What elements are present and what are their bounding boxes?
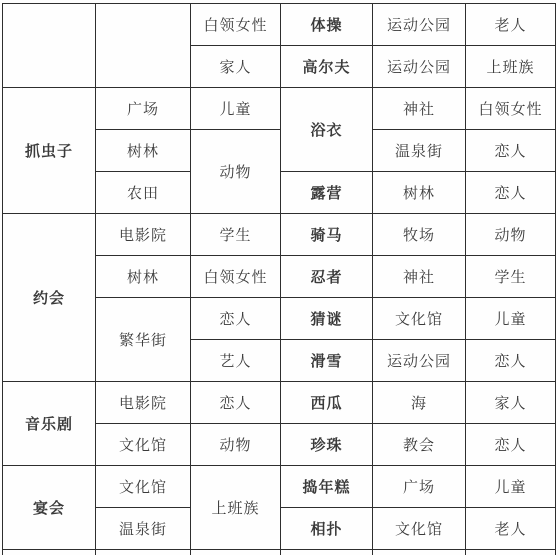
cell-location: 温泉街	[96, 508, 191, 550]
cell-companion: 白领女性	[466, 88, 556, 130]
table-row: 宴会 文化馆 上班族 捣年糕 广场 儿童	[3, 466, 556, 508]
cell-location: 海	[373, 382, 466, 424]
cell-location: 文化馆	[96, 424, 191, 466]
cell-activity	[281, 550, 373, 555]
activity-table: 白领女性 体操 运动公园 老人 家人 高尔夫 运动公园 上班族 抓虫子 广场 儿…	[2, 3, 556, 555]
cell-location	[373, 550, 466, 555]
cell-companion: 恋人	[191, 298, 281, 340]
cell-companion: 动物	[466, 214, 556, 256]
cell-location	[96, 4, 191, 88]
cell-activity: 高尔夫	[281, 46, 373, 88]
cell-category: 音乐剧	[3, 382, 96, 466]
table-row: 约会 电影院 学生 骑马 牧场 动物	[3, 214, 556, 256]
cell-companion: 老人	[466, 508, 556, 550]
cell-activity: 珍珠	[281, 424, 373, 466]
cell-companion: 恋人	[466, 424, 556, 466]
table-row: 音乐剧 电影院 恋人 西瓜 海 家人	[3, 382, 556, 424]
cell-location: 教会	[373, 424, 466, 466]
cell-companion: 恋人	[466, 130, 556, 172]
cell-location: 树林	[96, 130, 191, 172]
cell-companion: 上班族	[191, 466, 281, 550]
cell-location: 牧场	[373, 214, 466, 256]
cell-activity: 忍者	[281, 256, 373, 298]
cell-activity: 浴衣	[281, 88, 373, 172]
cell-companion: 恋人	[466, 172, 556, 214]
cell-location: 温泉街	[373, 130, 466, 172]
cell-companion: 白领女性	[191, 256, 281, 298]
cell-category	[3, 550, 96, 555]
cell-activity: 滑雪	[281, 340, 373, 382]
cell-location: 繁华街	[96, 298, 191, 382]
cell-location	[96, 550, 191, 555]
cell-location: 文化馆	[373, 508, 466, 550]
cell-location: 运动公园	[373, 340, 466, 382]
table-row-partial	[3, 550, 556, 555]
cell-companion: 家人	[191, 46, 281, 88]
cell-companion: 艺人	[191, 340, 281, 382]
cell-location: 广场	[373, 466, 466, 508]
cell-location: 树林	[96, 256, 191, 298]
cell-location: 文化馆	[373, 298, 466, 340]
cell-location: 文化馆	[96, 466, 191, 508]
page: 白领女性 体操 运动公园 老人 家人 高尔夫 运动公园 上班族 抓虫子 广场 儿…	[0, 0, 557, 555]
cell-location: 电影院	[96, 382, 191, 424]
cell-companion: 恋人	[466, 340, 556, 382]
cell-companion: 儿童	[466, 298, 556, 340]
cell-category: 宴会	[3, 466, 96, 550]
cell-location: 农田	[96, 172, 191, 214]
cell-location: 电影院	[96, 214, 191, 256]
cell-activity: 体操	[281, 4, 373, 46]
cell-location: 广场	[96, 88, 191, 130]
cell-companion: 恋人	[191, 382, 281, 424]
cell-category: 抓虫子	[3, 88, 96, 214]
cell-activity: 西瓜	[281, 382, 373, 424]
cell-companion: 学生	[466, 256, 556, 298]
cell-companion	[466, 550, 556, 555]
cell-companion: 儿童	[191, 88, 281, 130]
cell-location: 神社	[373, 88, 466, 130]
cell-location: 神社	[373, 256, 466, 298]
cell-companion	[191, 550, 281, 555]
cell-category	[3, 4, 96, 88]
cell-companion: 老人	[466, 4, 556, 46]
cell-companion: 白领女性	[191, 4, 281, 46]
cell-activity: 露营	[281, 172, 373, 214]
cell-location: 运动公园	[373, 46, 466, 88]
cell-companion: 儿童	[466, 466, 556, 508]
table-row: 抓虫子 广场 儿童 浴衣 神社 白领女性	[3, 88, 556, 130]
cell-activity: 骑马	[281, 214, 373, 256]
cell-location: 运动公园	[373, 4, 466, 46]
cell-companion: 学生	[191, 214, 281, 256]
cell-activity: 捣年糕	[281, 466, 373, 508]
cell-companion: 动物	[191, 424, 281, 466]
cell-activity: 猜谜	[281, 298, 373, 340]
cell-location: 树林	[373, 172, 466, 214]
cell-category: 约会	[3, 214, 96, 382]
cell-companion: 家人	[466, 382, 556, 424]
cell-companion: 动物	[191, 130, 281, 214]
cell-companion: 上班族	[466, 46, 556, 88]
table-row: 白领女性 体操 运动公园 老人	[3, 4, 556, 46]
cell-activity: 相扑	[281, 508, 373, 550]
